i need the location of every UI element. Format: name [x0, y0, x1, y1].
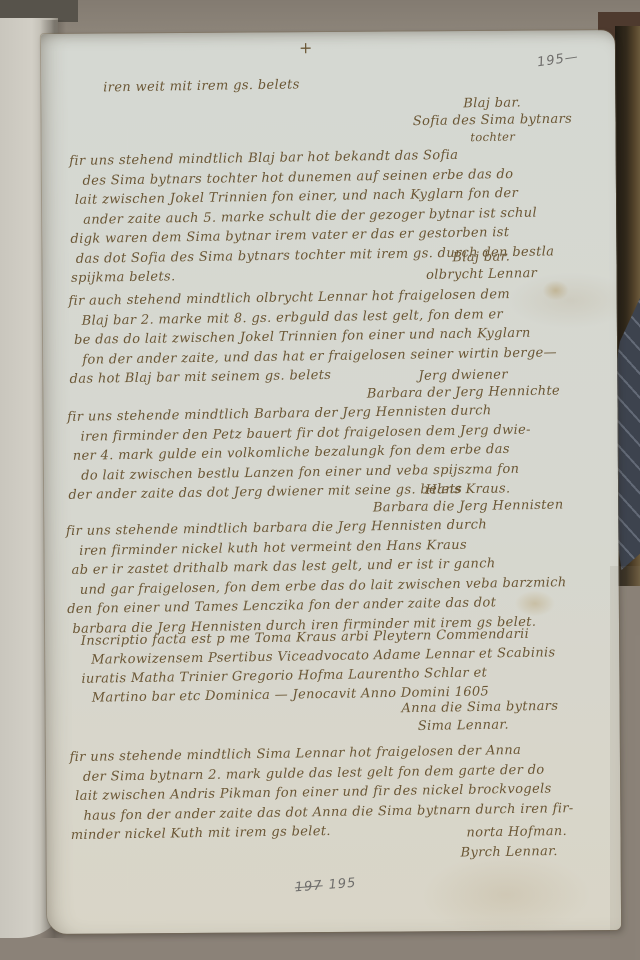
signature-name: Anna die Sima bytnars: [401, 698, 558, 718]
signature-block: Anna die Sima bytnars Sima Lennar.: [401, 698, 558, 736]
entry2-heading: Blaj bar. olbrycht Lennar: [376, 247, 587, 284]
manuscript-page: + 195— iren weit mit irem gs. belets Bla…: [41, 30, 621, 934]
table-background-right: [610, 566, 640, 960]
page-number-top: 195—: [536, 49, 580, 70]
struck-page-number: 197: [294, 878, 323, 895]
entry2-counterparty: olbrycht Lennar: [377, 264, 587, 284]
opening-line: iren weit mit irem gs. belets: [103, 75, 300, 98]
entry3-counterparty: Barbara der Jerg Hennichte: [353, 382, 573, 402]
entry4-heading: Hans Kraus. Barbara die Jerg Hennisten: [358, 479, 579, 516]
entry4-text: fir uns stehende mindtlich barbara die J…: [66, 514, 568, 639]
table-background: [0, 0, 640, 34]
page-number-bottom: 197195: [294, 876, 357, 896]
entry3-heading: Jerg dwiener Barbara der Jerg Hennichte: [353, 365, 574, 402]
manuscript-photo: + 195— iren weit mit irem gs. belets Bla…: [0, 0, 640, 960]
witness-name: norta Hofman.: [466, 822, 567, 843]
entry1-heading: Blaj bar. Sofia des Sima bytnars tochter: [387, 93, 598, 147]
final-signature: Byrch Lennar.: [460, 842, 557, 863]
cross-mark: +: [299, 38, 313, 57]
entry1-counterparty: Sofia des Sima bytnars: [387, 110, 597, 130]
signature-name: Sima Lennar.: [418, 716, 559, 736]
latin-inscription: Inscriptio facta est p me Toma Kraus arb…: [81, 624, 557, 707]
current-page-number: 195: [328, 876, 357, 893]
